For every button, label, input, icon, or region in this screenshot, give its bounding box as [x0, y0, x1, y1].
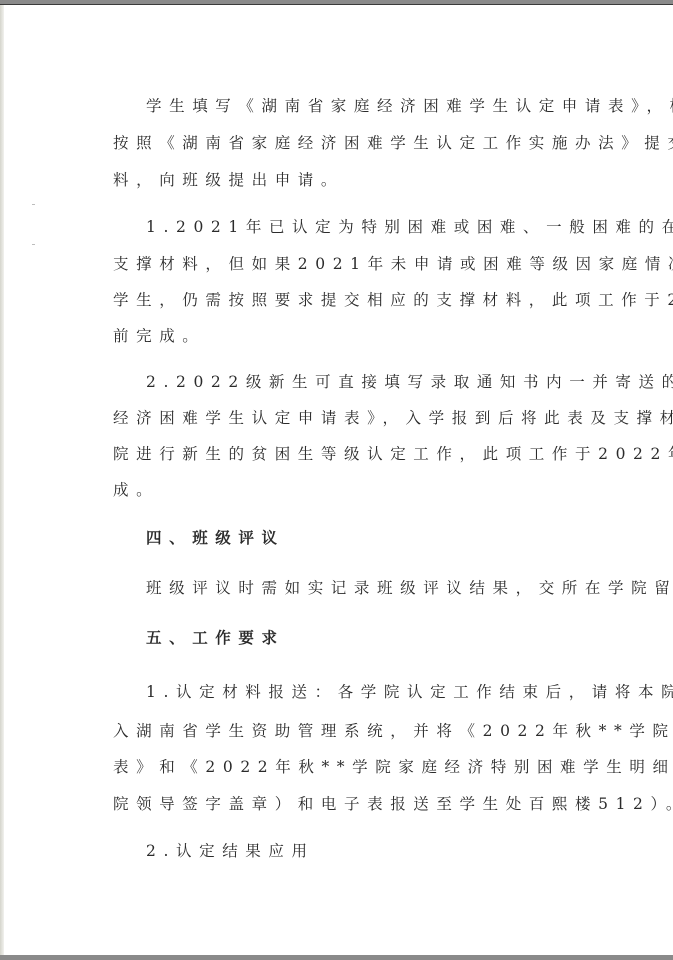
section-5-item-1-line-3: 表》和《2022年秋**学院家庭经济特别困难学生明细表》的纸质表（学 [113, 758, 583, 776]
intro-line-1: 学生填写《湖南省家庭经济困难学生认定申请表》，根据实际情况 [146, 97, 616, 115]
intro-line-2: 按照《湖南省家庭经济困难学生认定工作实施办法》提交相应的支撑材 [113, 134, 583, 152]
section-4-body: 班级评议时需如实记录班级评议结果，交所在学院留存备查。 [146, 579, 616, 597]
scan-speck [32, 204, 35, 205]
item-2-line-1: 2.2022级新生可直接填写录取通知书内一并寄送的《湖南省家庭 [146, 373, 616, 391]
item-1-line-1: 1.2021年已认定为特别困难或困难、一般困难的在校生不需提交 [146, 218, 616, 236]
scan-border-left [0, 5, 4, 955]
scan-edge-line [0, 4, 673, 5]
item-1-line-4: 前完成。 [113, 327, 583, 345]
intro-line-3: 料，向班级提出申请。 [113, 171, 583, 189]
section-5-item-1-line-4: 院领导签字盖章）和电子表报送至学生处百熙楼512）。 [113, 795, 583, 813]
item-1-line-2: 支撑材料，但如果2021年未申请或困难等级因家庭情况有显著变化的 [113, 255, 583, 273]
item-2-line-2: 经济困难学生认定申请表》，入学报到后将此表及支撑材料交至二级学 [113, 409, 583, 427]
section-5-item-1-line-2: 入湖南省学生资助管理系统，并将《2022年秋**学院困难学生数据统计 [113, 722, 583, 740]
section-4-heading: 四、班级评议 [146, 529, 616, 547]
scan-border-bottom [0, 955, 673, 960]
section-5-item-1-line-1: 1.认定材料报送：各学院认定工作结束后，请将本院贫困生信息导 [146, 683, 616, 701]
section-5-item-2-heading: 2.认定结果应用 [146, 842, 616, 860]
scan-speck [32, 244, 35, 245]
item-2-line-4: 成。 [113, 481, 583, 499]
section-5-heading: 五、工作要求 [146, 629, 616, 647]
item-1-line-3: 学生，仍需按照要求提交相应的支撑材料，此项工作于2022年5月25 [113, 291, 583, 309]
item-2-line-3: 院进行新生的贫困生等级认定工作，此项工作于2022年9月25日前完 [113, 445, 583, 463]
